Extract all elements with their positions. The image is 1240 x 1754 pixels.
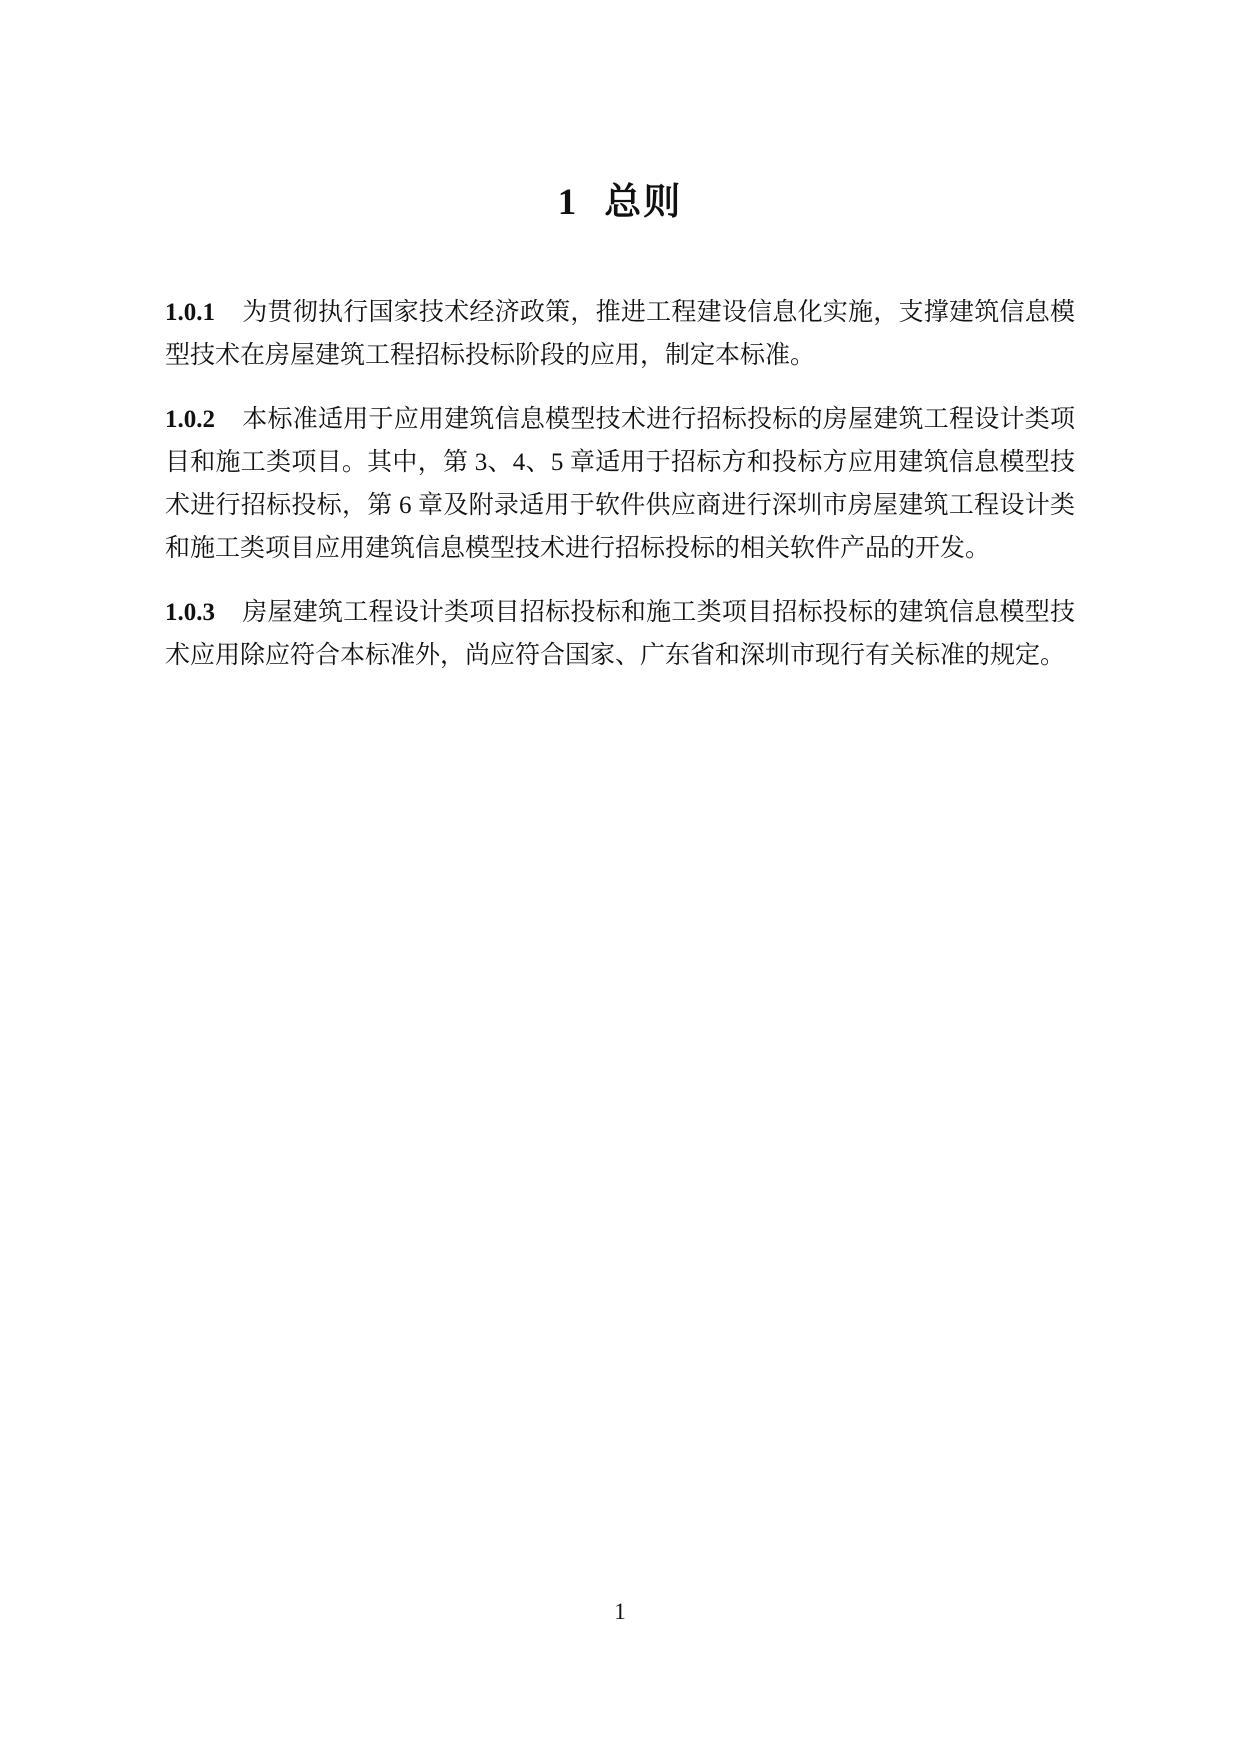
chapter-title-text: 总则 <box>604 182 682 223</box>
chapter-number: 1 <box>558 182 579 223</box>
clause-number: 1.0.3 <box>165 599 215 626</box>
clause-number: 1.0.1 <box>165 299 215 326</box>
page-number: 1 <box>0 1598 1240 1626</box>
clause-text: 本标准适用于应用建筑信息模型技术进行招标投标的房屋建筑工程设计类项目和施工类项目… <box>165 406 1075 562</box>
document-page: 1总则 1.0.1为贯彻执行国家技术经济政策，推进工程建设信息化实施，支撑建筑信… <box>0 0 1240 1754</box>
clause-number: 1.0.2 <box>165 406 215 433</box>
chapter-body: 1.0.1为贯彻执行国家技术经济政策，推进工程建设信息化实施，支撑建筑信息模型技… <box>165 291 1075 677</box>
clause-1-0-1: 1.0.1为贯彻执行国家技术经济政策，推进工程建设信息化实施，支撑建筑信息模型技… <box>165 291 1075 377</box>
chapter-title: 1总则 <box>165 181 1075 225</box>
clause-text: 为贯彻执行国家技术经济政策，推进工程建设信息化实施，支撑建筑信息模型技术在房屋建… <box>165 299 1075 369</box>
clause-1-0-2: 1.0.2本标准适用于应用建筑信息模型技术进行招标投标的房屋建筑工程设计类项目和… <box>165 398 1075 570</box>
clause-1-0-3: 1.0.3房屋建筑工程设计类项目招标投标和施工类项目招标投标的建筑信息模型技术应… <box>165 591 1075 677</box>
clause-text: 房屋建筑工程设计类项目招标投标和施工类项目招标投标的建筑信息模型技术应用除应符合… <box>165 599 1075 669</box>
